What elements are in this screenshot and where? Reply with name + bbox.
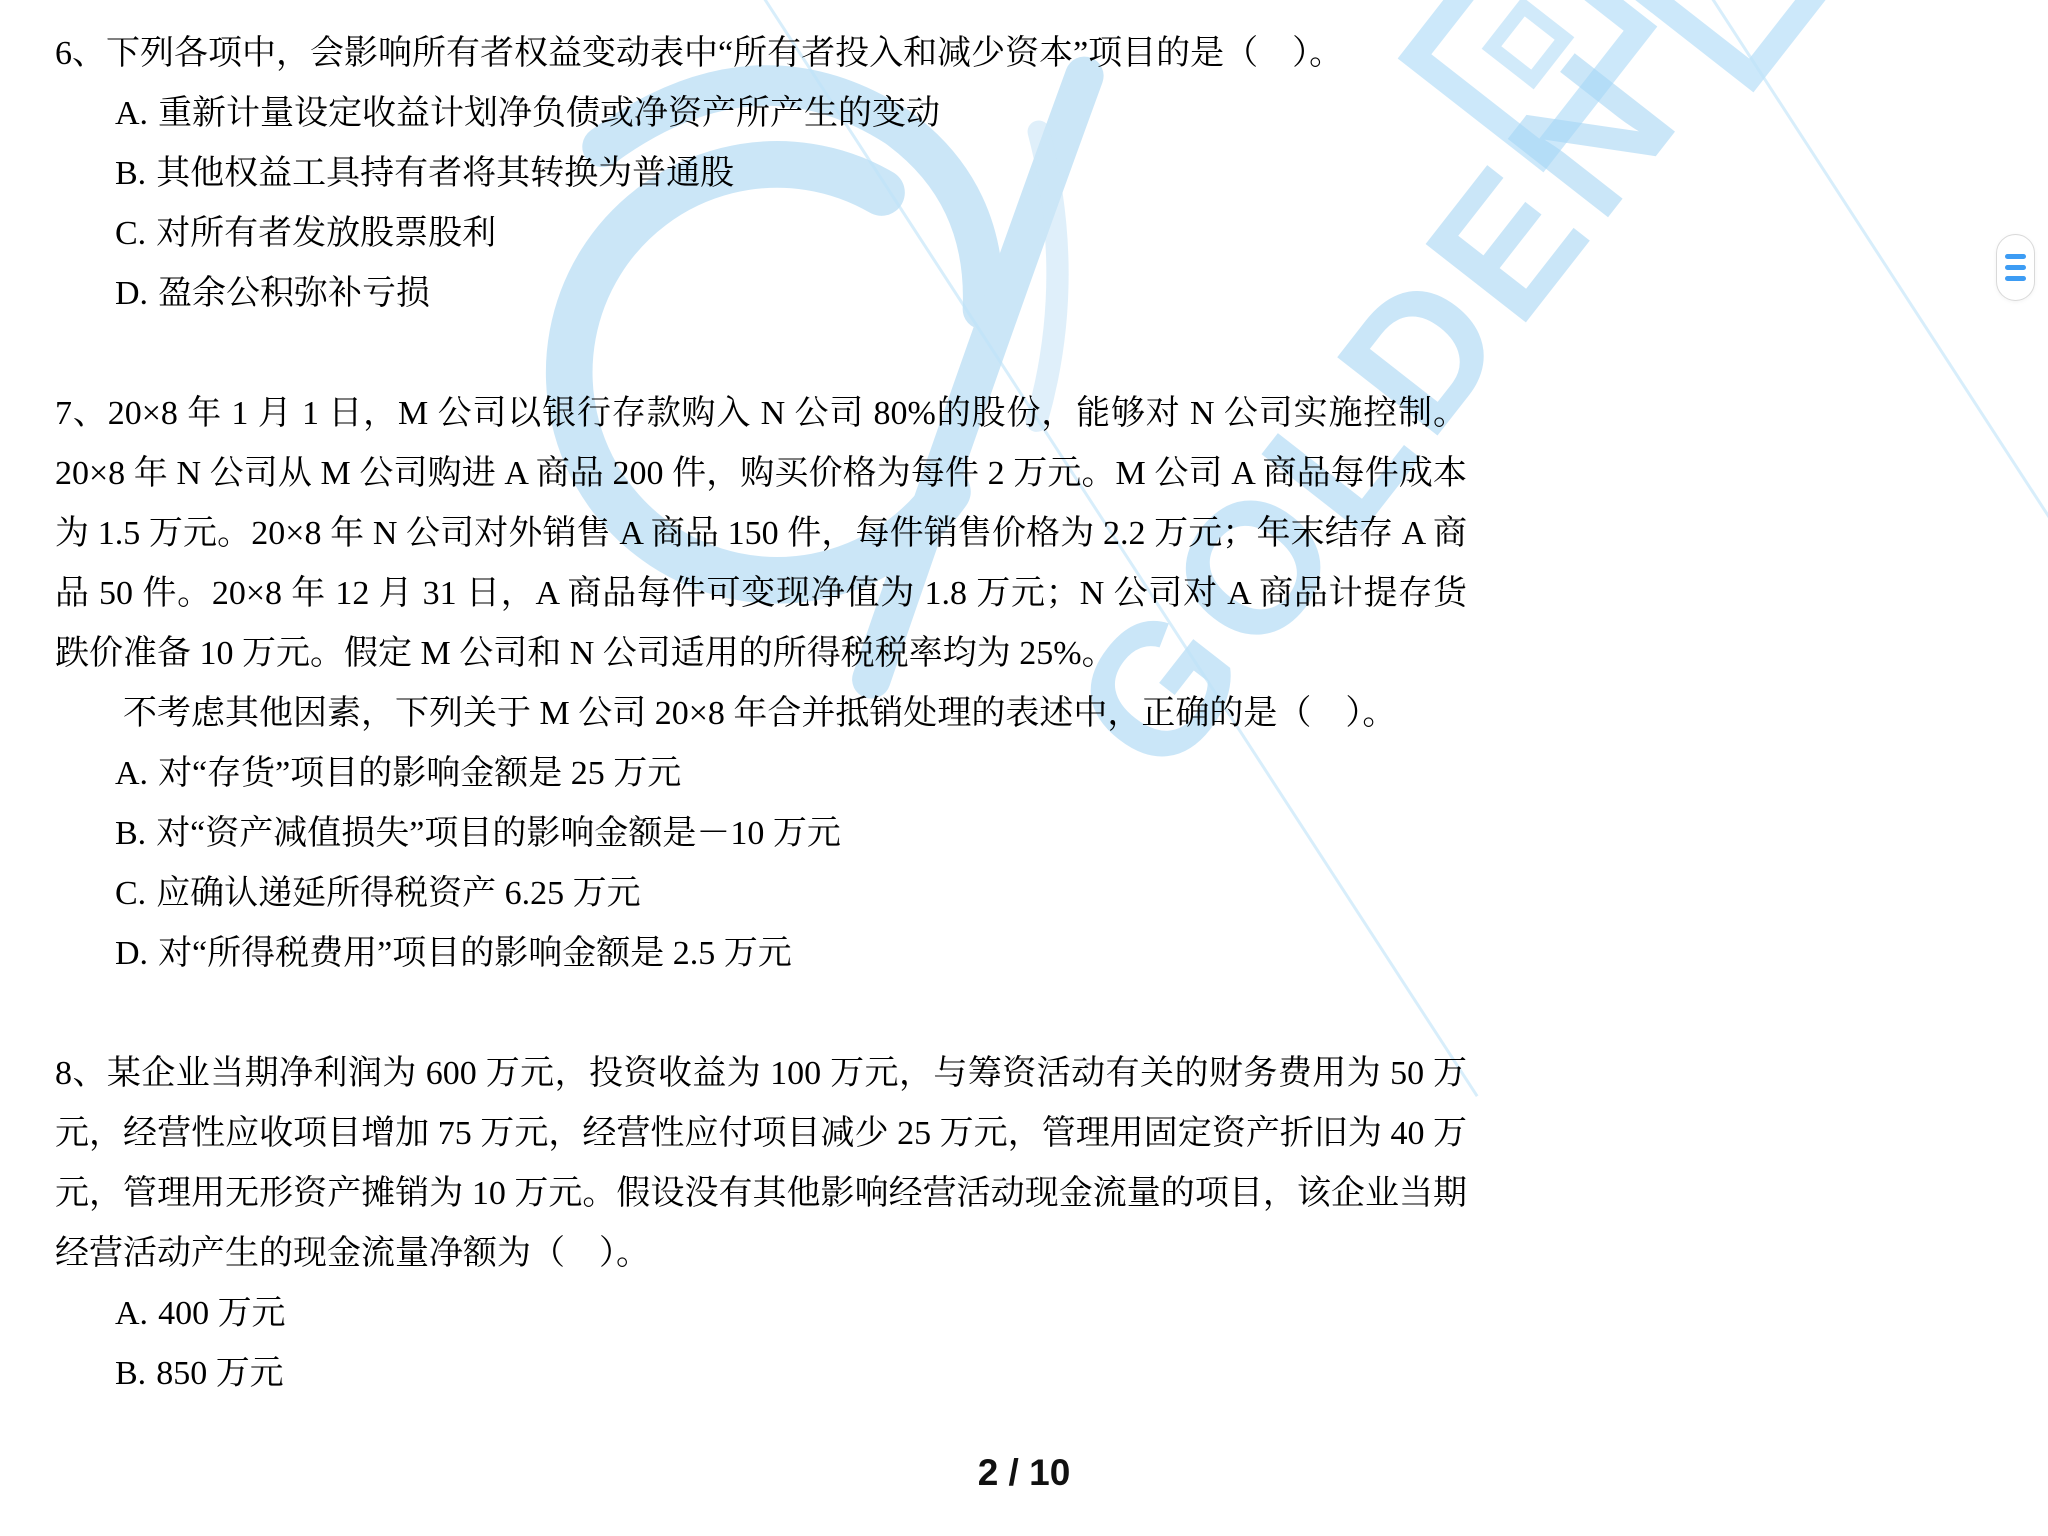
option-text: 850 万元 <box>156 1355 284 1392</box>
hamburger-icon <box>2005 254 2026 259</box>
hamburger-icon <box>2005 276 2026 281</box>
question-7-option-d: D.对“所得税费用”项目的影响金额是 2.5 万元 <box>55 924 1467 984</box>
hamburger-icon <box>2005 265 2026 270</box>
question-6-option-a: A.重新计量设定收益计划净负债或净资产所产生的变动 <box>55 84 1467 144</box>
question-7-option-a: A.对“存货”项目的影响金额是 25 万元 <box>55 744 1467 804</box>
option-text: 对“所得税费用”项目的影响金额是 2.5 万元 <box>158 935 792 972</box>
question-6: 6、下列各项中，会影响所有者权益变动表中“所有者投入和减少资本”项目的是（ ）。… <box>55 24 1467 324</box>
question-7-option-c: C.应确认递延所得税资产 6.25 万元 <box>55 864 1467 924</box>
question-7-stem-continued: 不考虑其他因素，下列关于 M 公司 20×8 年合并抵销处理的表述中，正确的是（… <box>55 684 1467 744</box>
menu-button[interactable] <box>1996 234 2035 301</box>
question-6-option-c: C.对所有者发放股票股利 <box>55 204 1467 264</box>
exam-page-content: 6、下列各项中，会影响所有者权益变动表中“所有者投入和减少资本”项目的是（ ）。… <box>55 24 1467 1404</box>
option-label: A. <box>115 95 148 132</box>
option-label: A. <box>115 755 148 792</box>
option-text: 盈余公积弥补亏损 <box>158 275 430 312</box>
option-text: 其他权益工具持有者将其转换为普通股 <box>156 155 734 192</box>
question-8-number: 8、 <box>55 1055 107 1092</box>
option-label: B. <box>115 815 146 852</box>
option-label: C. <box>115 875 146 912</box>
watermark-diamond-icon <box>1608 0 1868 92</box>
question-7: 7、20×8 年 1 月 1 日，M 公司以银行存款购入 N 公司 80%的股份… <box>55 384 1467 984</box>
question-8: 8、某企业当期净利润为 600 万元，投资收益为 100 万元，与筹资活动有关的… <box>55 1044 1467 1404</box>
option-label: D. <box>115 935 148 972</box>
option-text: 对所有者发放股票股利 <box>156 215 496 252</box>
question-7-stem-text: 20×8 年 1 月 1 日，M 公司以银行存款购入 N 公司 80%的股份，能… <box>55 395 1467 672</box>
option-label: B. <box>115 155 146 192</box>
page-indicator: 2 / 10 <box>0 1452 2048 1494</box>
question-7-option-b: B.对“资产减值损失”项目的影响金额是－10 万元 <box>55 804 1467 864</box>
option-text: 应确认递延所得税资产 6.25 万元 <box>156 875 641 912</box>
question-6-stem: 6、下列各项中，会影响所有者权益变动表中“所有者投入和减少资本”项目的是（ ）。 <box>55 24 1467 84</box>
watermark-diamond-inner-icon <box>1482 0 1575 89</box>
question-7-stem: 7、20×8 年 1 月 1 日，M 公司以银行存款购入 N 公司 80%的股份… <box>55 384 1467 684</box>
question-8-stem: 8、某企业当期净利润为 600 万元，投资收益为 100 万元，与筹资活动有关的… <box>55 1044 1467 1284</box>
option-label: B. <box>115 1355 146 1392</box>
option-label: C. <box>115 215 146 252</box>
option-text: 400 万元 <box>158 1295 286 1332</box>
watermark-diagonal-line <box>1705 0 2048 745</box>
question-8-stem-text: 某企业当期净利润为 600 万元，投资收益为 100 万元，与筹资活动有关的财务… <box>55 1055 1467 1272</box>
option-label: A. <box>115 1295 148 1332</box>
option-text: 重新计量设定收益计划净负债或净资产所产生的变动 <box>158 95 940 132</box>
question-6-option-b: B.其他权益工具持有者将其转换为普通股 <box>55 144 1467 204</box>
question-6-stem-text: 下列各项中，会影响所有者权益变动表中“所有者投入和减少资本”项目的是（ ）。 <box>106 35 1343 72</box>
question-8-option-b: B.850 万元 <box>55 1344 1467 1404</box>
option-text: 对“资产减值损失”项目的影响金额是－10 万元 <box>156 815 841 852</box>
option-label: D. <box>115 275 148 312</box>
question-6-number: 6、 <box>55 35 106 72</box>
question-8-option-a: A.400 万元 <box>55 1284 1467 1344</box>
option-text: 对“存货”项目的影响金额是 25 万元 <box>158 755 681 792</box>
question-6-option-d: D.盈余公积弥补亏损 <box>55 264 1467 324</box>
question-7-number: 7、 <box>55 395 108 432</box>
